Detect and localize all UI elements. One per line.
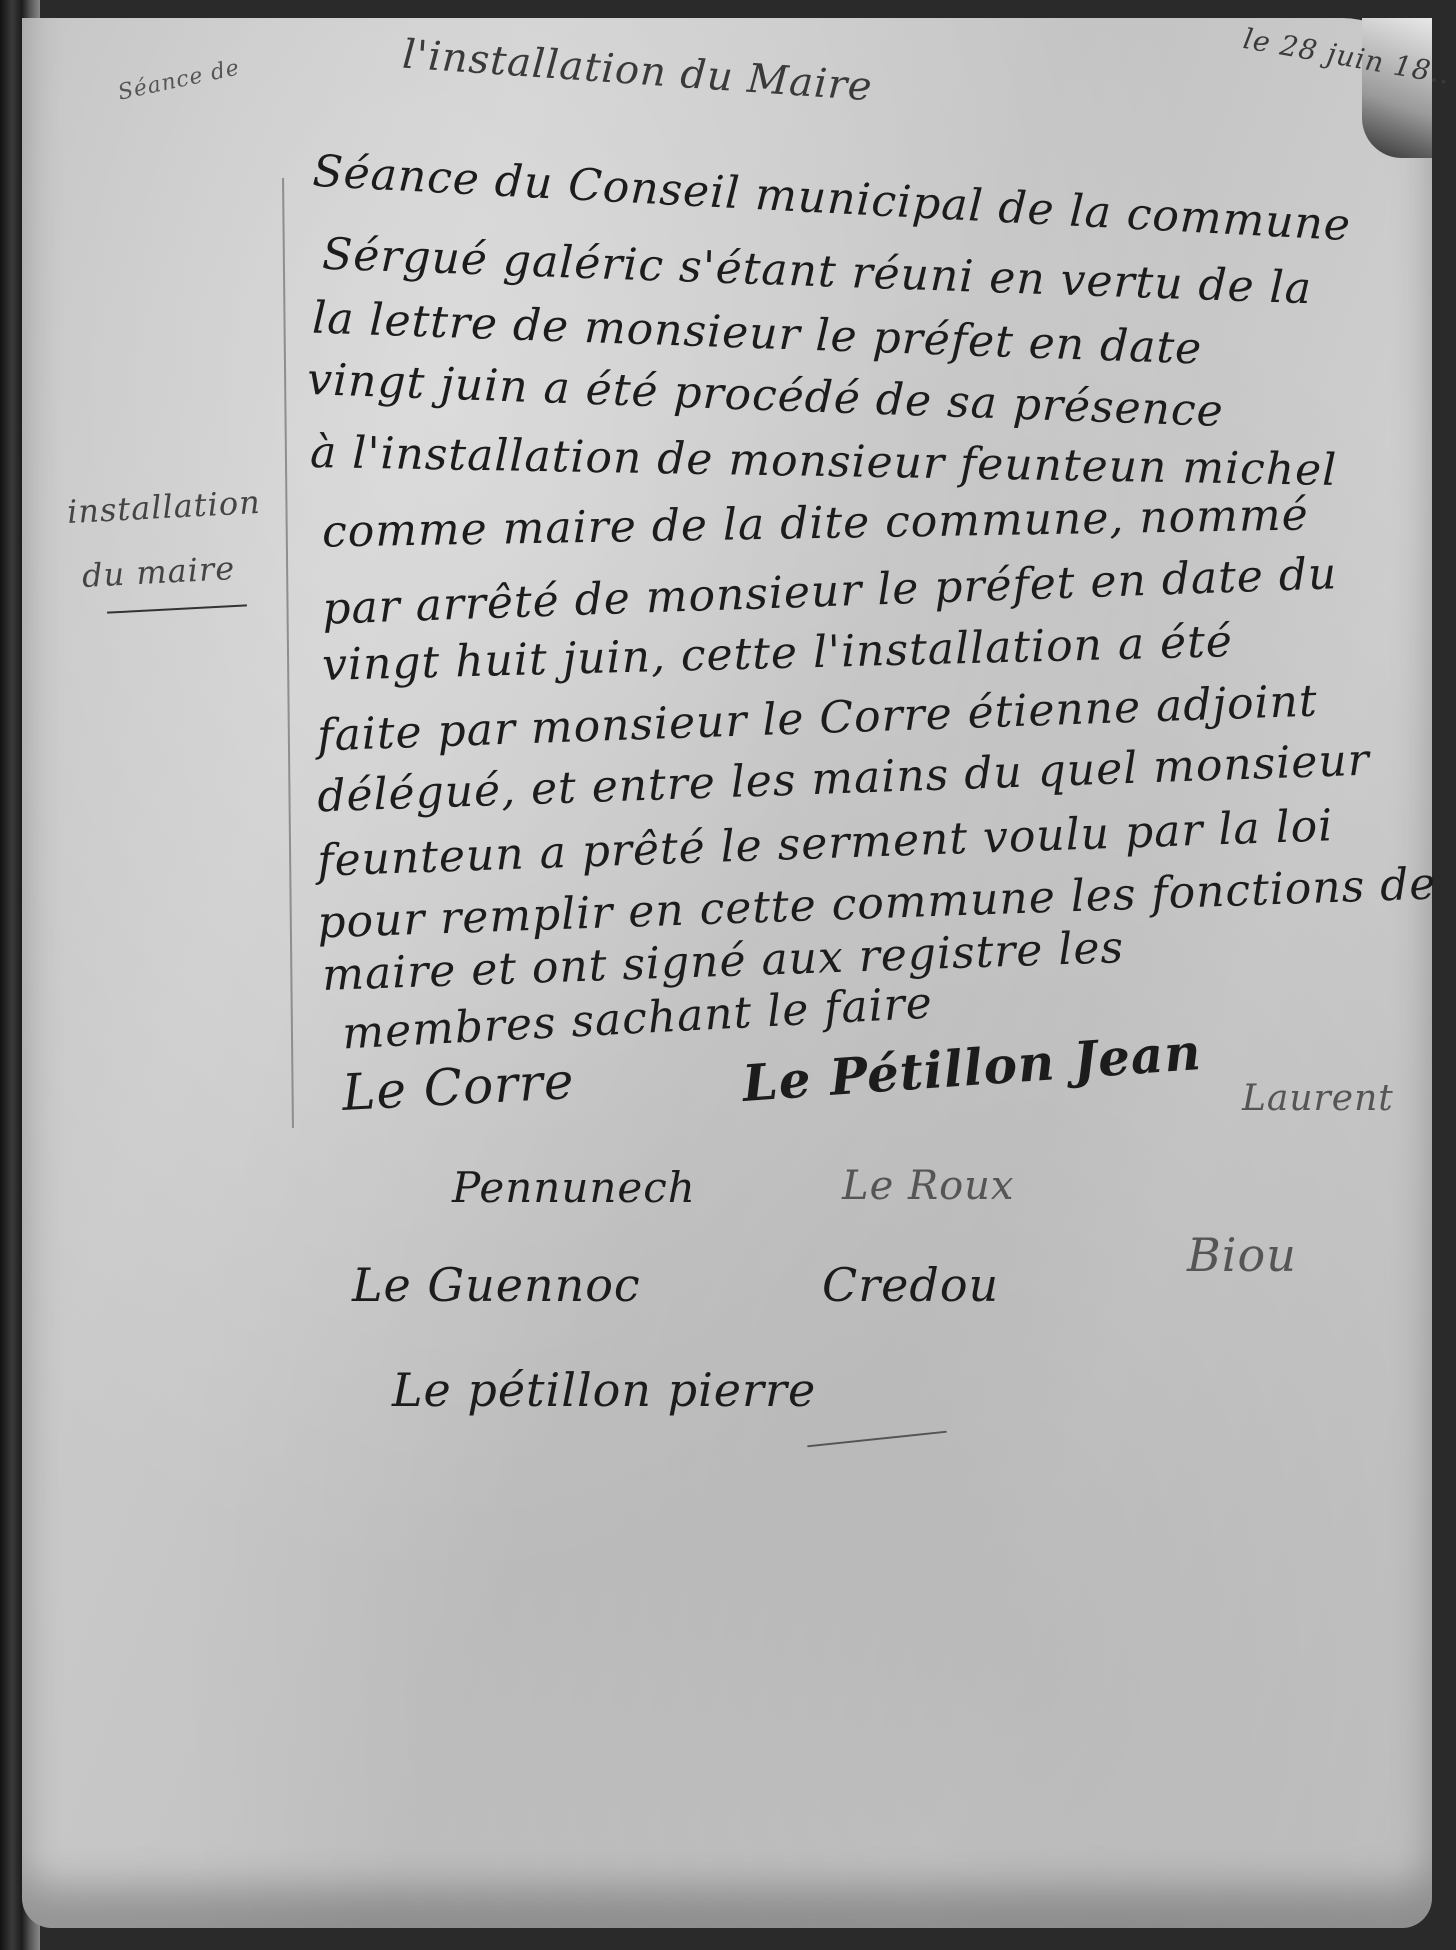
- page-title: l'installation du Maire: [401, 32, 874, 111]
- signature: Le Corre: [341, 1052, 576, 1122]
- signature: Le pétillon pierre: [392, 1363, 816, 1417]
- margin-note-underline: [107, 604, 247, 613]
- register-page: Séance de l'installation du Maire le 28 …: [22, 18, 1432, 1928]
- margin-note-line2: du maire: [81, 549, 236, 595]
- signature: Laurent: [1242, 1078, 1394, 1119]
- margin-note-line1: installation: [66, 483, 261, 531]
- signature: Credou: [822, 1258, 999, 1312]
- signature: Pennunech: [452, 1163, 696, 1212]
- seance-label: Séance de: [116, 55, 242, 105]
- body-line: à l'installation de monsieur feunteun mi…: [310, 427, 1338, 496]
- page-corner-fold: [1362, 18, 1432, 158]
- signature-flourish: [807, 1431, 946, 1448]
- signature: Le Pétillon Jean: [741, 1022, 1204, 1113]
- signature: Le Guennoc: [352, 1258, 641, 1312]
- margin-rule: [282, 178, 294, 1128]
- body-line: comme maire de la dite commune, nommé: [322, 489, 1309, 557]
- signature: Biou: [1187, 1228, 1297, 1282]
- signature: Le Roux: [842, 1163, 1014, 1209]
